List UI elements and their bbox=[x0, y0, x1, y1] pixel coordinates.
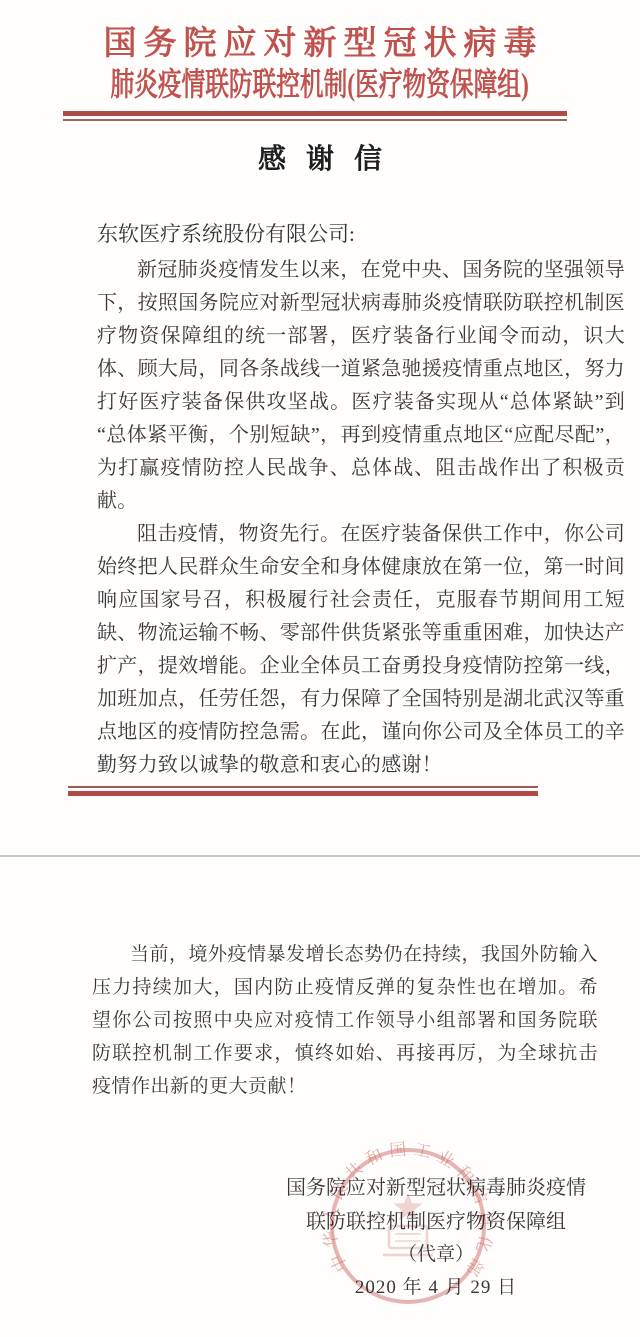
letterhead-line1: 国务院应对新型冠状病毒 bbox=[0, 24, 640, 64]
signature-org-line2: 联防联控机制医疗物资保障组 bbox=[245, 1205, 627, 1239]
page1-footer-rule-thick bbox=[68, 791, 538, 796]
signature-block: 国务院应对新型冠状病毒肺炎疫情 联防联控机制医疗物资保障组 （代章） 2020 … bbox=[245, 1171, 627, 1305]
letterhead-rule-thin bbox=[63, 119, 567, 121]
signature-org-line1: 国务院应对新型冠状病毒肺炎疫情 bbox=[245, 1171, 627, 1205]
paragraph-2: 阻击疫情，物资先行。在医疗装备保供工作中，你公司始终把人民群众生命安全和身体健康… bbox=[97, 518, 625, 782]
signature-date: 2020 年 4 月 29 日 bbox=[245, 1271, 627, 1305]
paragraph-1: 新冠肺炎疫情发生以来，在党中央、国务院的坚强领导下，按照国务院应对新型冠状病毒肺… bbox=[97, 254, 625, 518]
page-separator-line bbox=[0, 855, 640, 857]
letter-body-page1: 新冠肺炎疫情发生以来，在党中央、国务院的坚强领导下，按照国务院应对新型冠状病毒肺… bbox=[97, 254, 625, 782]
letterhead-rule-thick bbox=[63, 111, 567, 116]
letter-title: 感谢信 bbox=[0, 143, 640, 177]
page1-footer-rule-thin bbox=[68, 786, 538, 788]
letterhead-line2: 肺炎疫情联防联控机制(医疗物资保障组) bbox=[0, 64, 640, 104]
signature-seal-note: （代章） bbox=[245, 1239, 627, 1271]
recipient-line: 东软医疗系统股份有限公司: bbox=[97, 221, 617, 248]
letter-body-page2: 当前，境外疫情暴发增长态势仍在持续，我国外防输入压力持续加大，国内防止疫情反弹的… bbox=[92, 938, 598, 1103]
paragraph-3: 当前，境外疫情暴发增长态势仍在持续，我国外防输入压力持续加大，国内防止疫情反弹的… bbox=[92, 938, 598, 1103]
thank-you-letter-document: 国务院应对新型冠状病毒 肺炎疫情联防联控机制(医疗物资保障组) 感谢信 东软医疗… bbox=[0, 0, 640, 1337]
